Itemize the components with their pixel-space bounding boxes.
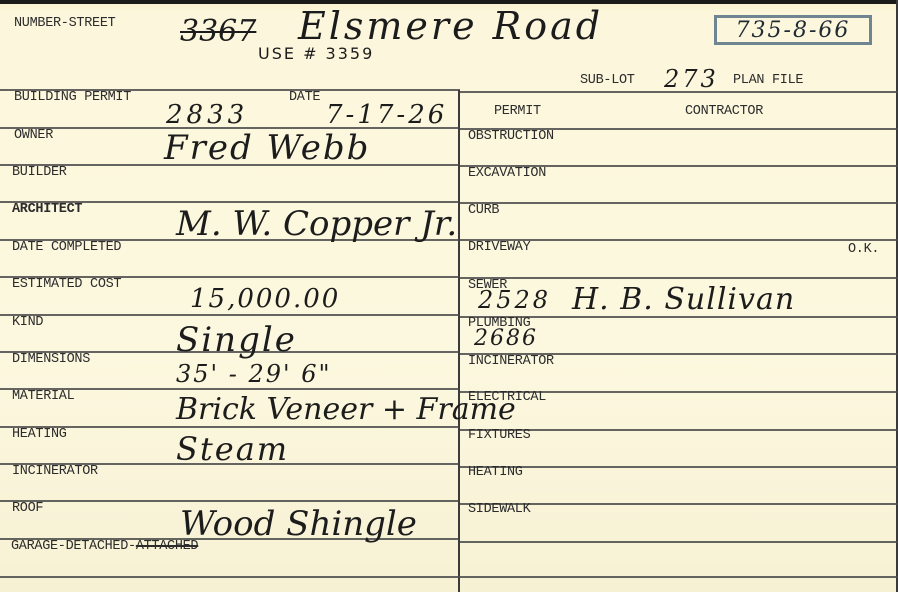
dimensions-value: 35' - 29' 6" <box>176 360 332 388</box>
street-name-handwritten: Elsmere Road <box>298 4 603 48</box>
rule-left <box>0 314 459 316</box>
permit-label-excavation: EXCAVATION <box>468 166 546 181</box>
number-street-label: NUMBER-STREET <box>14 16 115 31</box>
estimated-cost-value: 15,000.00 <box>190 284 340 314</box>
field-label-builder: BUILDER <box>12 165 67 180</box>
rule-bottom <box>0 576 898 578</box>
heating-value: Steam <box>176 430 289 468</box>
field-label-kind: KIND <box>12 315 43 330</box>
stamp-code: 735-8-66 <box>736 18 851 43</box>
field-label-date: DATE <box>289 90 320 105</box>
sub-lot-label: SUB-LOT <box>580 73 635 88</box>
architect-value: M. W. Copper Jr. <box>176 204 457 244</box>
field-label-roof: ROOF <box>12 501 43 516</box>
crossed-out-number: 3367 <box>180 14 256 49</box>
owner-value: Fred Webb <box>164 128 370 168</box>
plumbing-permit-value: 2686 <box>474 326 538 351</box>
contractor-column-header: CONTRACTOR <box>685 104 763 119</box>
sewer-permit-value: 2528 <box>478 286 551 314</box>
rule-right <box>460 277 898 279</box>
permit-card: NUMBER-STREET 3367 Elsmere Road USE # 33… <box>0 0 898 592</box>
date-value: 7-17-26 <box>326 100 447 130</box>
field-label-building-permit: BUILDING PERMIT <box>14 90 131 105</box>
permit-label-heating: HEATING <box>468 465 523 480</box>
plan-file-label: PLAN FILE <box>733 73 803 88</box>
sewer-contractor-value: H. B. Sullivan <box>572 282 795 317</box>
permit-label-curb: CURB <box>468 203 499 218</box>
file-stamp: 735-8-66 <box>714 15 872 45</box>
building-permit-value: 2833 <box>166 100 248 130</box>
rule-right <box>460 466 898 468</box>
field-label-owner: OWNER <box>14 128 53 143</box>
permit-label-sidewalk: SIDEWALK <box>468 502 530 517</box>
field-label-incinerator: INCINERATOR <box>12 464 98 479</box>
field-label-dimensions: DIMENSIONS <box>12 352 90 367</box>
field-label-material: MATERIAL <box>12 389 74 404</box>
field-label-heating: HEATING <box>12 427 67 442</box>
field-label-garage: GARAGE-DETACHED-ATTACHED <box>11 539 198 554</box>
rule-top-right <box>460 91 898 93</box>
field-label-architect: ARCHITECT <box>12 202 82 217</box>
garage-detached-text: GARAGE-DETACHED- <box>11 539 136 554</box>
permit-column-header: PERMIT <box>494 104 541 119</box>
rule-right <box>460 541 898 543</box>
permit-label-driveway: DRIVEWAY <box>468 240 530 255</box>
rule-right <box>460 202 898 204</box>
rule-left <box>0 500 459 502</box>
field-label-date-completed: DATE COMPLETED <box>12 240 121 255</box>
permit-label-obstruction: OBSTRUCTION <box>468 129 554 144</box>
permit-label-fixtures: FIXTURES <box>468 428 530 443</box>
driveway-ok-note: O.K. <box>848 242 879 257</box>
permit-label-incinerator: INCINERATOR <box>468 354 554 369</box>
material-value: Brick Veneer + Frame <box>176 392 516 427</box>
permit-label-electrical: ELECTRICAL <box>468 390 546 405</box>
use-number: USE # 3359 <box>258 44 374 63</box>
roof-value: Wood Shingle <box>180 504 417 544</box>
kind-value: Single <box>176 320 297 360</box>
sub-lot-value: 273 <box>664 65 719 93</box>
field-label-estimated-cost: ESTIMATED COST <box>12 277 121 292</box>
